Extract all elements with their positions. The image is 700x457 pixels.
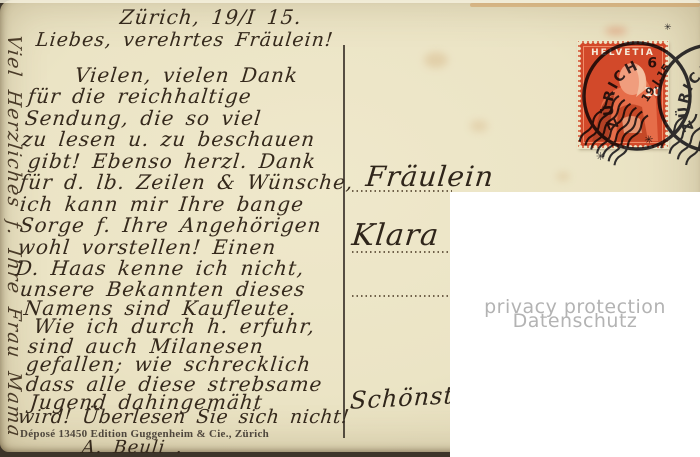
age-spot	[470, 120, 488, 132]
address-line-name: Klara	[350, 218, 441, 253]
privacy-overlay: privacy protection Datenschutz	[450, 192, 700, 457]
postmark-star-3: ✳	[596, 150, 605, 163]
message-line: Sorge f. Ihre Angehörigen	[19, 213, 323, 237]
postmark-star-2: ✳	[664, 23, 672, 33]
message-line: zu lesen u. zu beschauen	[21, 127, 317, 151]
message-line: für die reichhaltige	[27, 84, 253, 108]
address-dotted-line	[352, 190, 452, 192]
date-line: Zürich, 19/I 15.	[119, 5, 303, 29]
postcard-photo: Viel Herzliches f. Ihre Frau Mama Zürich…	[0, 0, 700, 457]
signature: A. Beuli .	[81, 437, 184, 457]
message-line: wird! Überlesen Sie sich nicht!	[17, 406, 351, 428]
address-dotted-line	[352, 251, 452, 253]
age-spot	[424, 52, 448, 68]
closing-fragment: Schönst	[349, 381, 455, 415]
privacy-overlay-text: privacy protection Datenschutz	[450, 301, 700, 328]
address-divider-line	[343, 45, 345, 438]
address-dotted-line	[352, 295, 452, 297]
address-line-fraeulein: Fräulein	[364, 160, 496, 193]
salutation: Liebes, verehrtes Fräulein!	[35, 29, 335, 51]
message-line: für d. lb. Zeilen & Wünsche,	[19, 170, 355, 194]
card-top-edge-tint	[470, 3, 700, 7]
postmark: ZÜRICH 6 19.I.15 ✳ ZÜRICH 6 ✳ ✳	[540, 8, 700, 193]
